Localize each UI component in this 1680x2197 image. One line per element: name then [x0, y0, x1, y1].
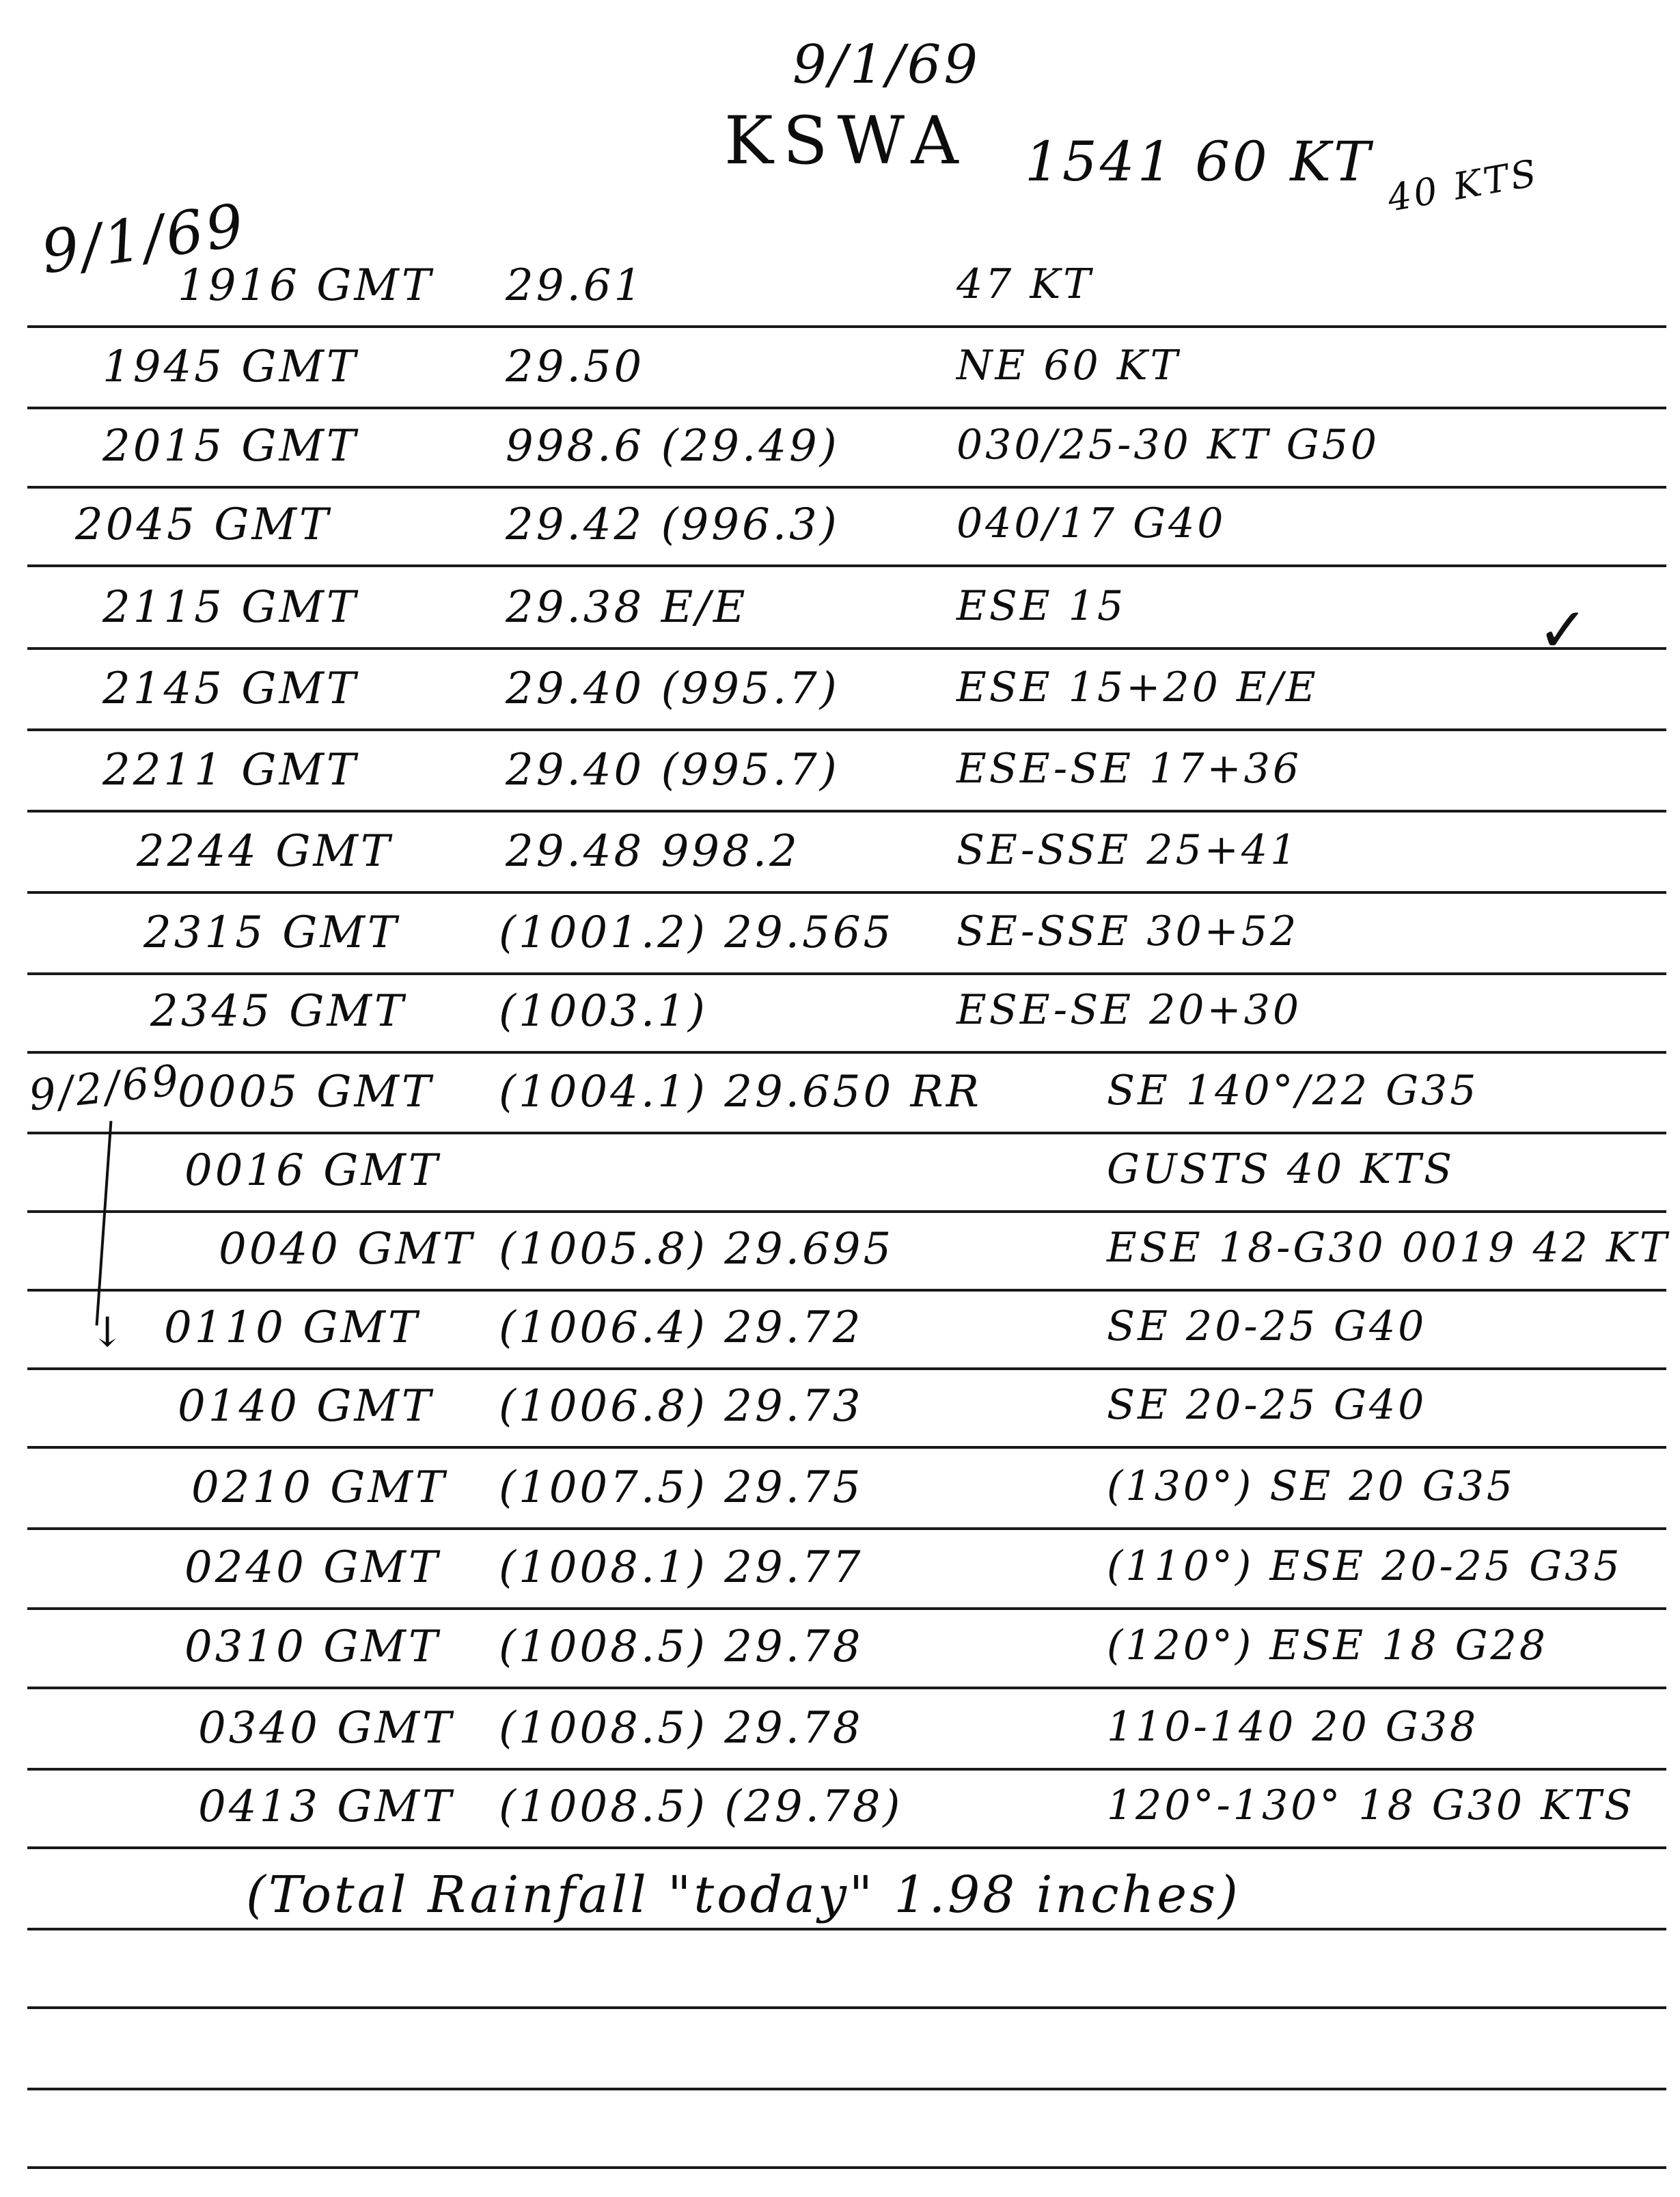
down-arrow-icon: [96, 1121, 113, 1326]
row-time: 0340 GMT: [198, 1703, 454, 1753]
header-small-note: 40 KTS: [1384, 151, 1542, 220]
row-time: 2045 GMT: [75, 500, 331, 550]
row-wind: ESE-SE 20+30: [956, 986, 1302, 1034]
row-pressure: (1007.5) 29.75: [499, 1462, 863, 1513]
row-time: 0310 GMT: [184, 1622, 441, 1672]
row-pressure: (1005.8) 29.695: [499, 1224, 894, 1274]
row-time: 0016 GMT: [184, 1145, 441, 1196]
ruled-line: [27, 407, 1666, 409]
arrow-head-icon: ↓: [90, 1309, 127, 1356]
row-wind: (120°) ESE 18 G28: [1107, 1622, 1548, 1669]
row-pressure: (1004.1) 29.650 RR: [499, 1067, 982, 1117]
row-time: 2211 GMT: [102, 745, 359, 795]
ruled-line: [27, 486, 1666, 489]
ruled-line: [27, 891, 1666, 894]
row-time: 1945 GMT: [102, 342, 359, 392]
ruled-line: [27, 1607, 1666, 1610]
ruled-line: [27, 728, 1666, 731]
row-time: 0040 GMT: [219, 1224, 475, 1274]
row-pressure: 29.38 E/E: [506, 582, 748, 633]
row-time: 0140 GMT: [178, 1381, 434, 1432]
row-wind: GUSTS 40 KTS: [1107, 1145, 1455, 1193]
ruled-line: [27, 1687, 1666, 1689]
row-pressure: 29.61: [506, 260, 644, 311]
ruled-line: [27, 2166, 1666, 2169]
rainfall-total-note: (Total Rainfall "today" 1.98 inches): [246, 1866, 1241, 1924]
row-time: 2145 GMT: [102, 664, 359, 714]
row-time: 0210 GMT: [191, 1462, 447, 1513]
row-pressure: 29.40 (995.7): [506, 745, 840, 795]
station-id: KSWA: [724, 103, 968, 179]
row-wind: ESE 18-G30 0019 42 KT: [1107, 1224, 1670, 1272]
row-pressure: (1001.2) 29.565: [499, 908, 894, 958]
row-time: 2115 GMT: [102, 582, 359, 633]
row-wind: SE 20-25 G40: [1107, 1381, 1427, 1429]
row-wind: SE 20-25 G40: [1107, 1302, 1427, 1350]
row-pressure: (1003.1): [499, 986, 708, 1037]
row-wind: 120°-130° 18 G30 KTS: [1107, 1782, 1635, 1829]
row-time: 0413 GMT: [198, 1782, 454, 1832]
ruled-line: [27, 1768, 1666, 1771]
row-pressure: (1006.8) 29.73: [499, 1381, 863, 1432]
row-wind: 040/17 G40: [956, 500, 1226, 547]
row-pressure: (1006.4) 29.72: [499, 1302, 863, 1353]
row-pressure: 29.40 (995.7): [506, 664, 840, 714]
row-time: 2244 GMT: [137, 826, 393, 877]
row-pressure: 29.48 998.2: [506, 826, 800, 877]
margin-date-2: 9/2/69: [27, 1055, 184, 1121]
row-time: 2345 GMT: [150, 986, 407, 1037]
ruled-line: [27, 325, 1666, 328]
ruled-line: [27, 1289, 1666, 1292]
row-pressure: (1008.5) 29.78: [499, 1622, 863, 1672]
ruled-line: [27, 1210, 1666, 1213]
ruled-line: [27, 972, 1666, 975]
row-time: 0005 GMT: [178, 1067, 434, 1117]
ruled-line: [27, 1846, 1666, 1849]
ruled-line: [27, 1928, 1666, 1930]
row-wind: (110°) ESE 20-25 G35: [1107, 1542, 1623, 1590]
row-wind: ESE-SE 17+36: [956, 745, 1302, 793]
row-time: 2315 GMT: [143, 908, 400, 958]
row-wind: SE-SSE 25+41: [956, 826, 1299, 874]
ruled-line: [27, 2088, 1666, 2090]
row-wind: NE 60 KT: [956, 342, 1181, 390]
header-date: 9/1/69: [793, 34, 980, 96]
ruled-line: [27, 1367, 1666, 1370]
row-wind: SE-SSE 30+52: [956, 908, 1299, 955]
ruled-line: [27, 810, 1666, 813]
row-wind: 110-140 20 G38: [1107, 1703, 1478, 1751]
ruled-line: [27, 2006, 1666, 2009]
row-pressure: (1008.5) (29.78): [499, 1782, 903, 1832]
row-time: 0240 GMT: [184, 1542, 441, 1593]
row-wind: SE 140°/22 G35: [1107, 1067, 1478, 1115]
ruled-line: [27, 647, 1666, 650]
row-time: 2015 GMT: [102, 421, 359, 472]
checkmark-icon: ✓: [1537, 595, 1588, 666]
ruled-line: [27, 1051, 1666, 1054]
row-pressure: 998.6 (29.49): [506, 421, 840, 472]
row-wind: 47 KT: [956, 260, 1093, 308]
row-wind: 030/25-30 KT G50: [956, 421, 1379, 469]
ruled-line: [27, 1446, 1666, 1449]
row-wind: (130°) SE 20 G35: [1107, 1462, 1515, 1510]
row-pressure: 29.42 (996.3): [506, 500, 840, 550]
row-wind: ESE 15+20 E/E: [956, 664, 1319, 711]
row-pressure: (1008.5) 29.78: [499, 1703, 863, 1753]
ruled-line: [27, 1132, 1666, 1134]
ruled-line: [27, 564, 1666, 567]
row-pressure: 29.50: [506, 342, 644, 392]
row-pressure: (1008.1) 29.77: [499, 1542, 863, 1593]
ruled-line: [27, 1527, 1666, 1530]
handwritten-log-page: 9/1/69 KSWA 1541 60 KT 40 KTS 9/1/69 9/2…: [0, 0, 1680, 2197]
row-time: 1916 GMT: [178, 260, 434, 311]
row-time: 0110 GMT: [164, 1302, 420, 1353]
row-wind: ESE 15: [956, 582, 1126, 630]
header-peak-wind-note: 1541 60 KT: [1025, 130, 1373, 193]
